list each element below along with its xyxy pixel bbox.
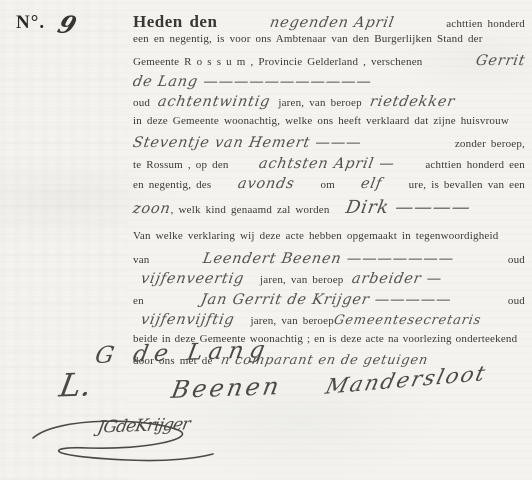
handwritten-age: achtentwintig	[157, 94, 272, 110]
act-line-4: de Lang ———————————	[133, 74, 525, 95]
printed-text: Van welke verklaring wij deze acte hebbe…	[133, 230, 498, 242]
handwritten-witness1-age: vijfenveertig	[140, 271, 246, 287]
printed-text: Heden den	[133, 12, 217, 32]
printed-text: te Rossum , op den	[133, 159, 229, 171]
printed-text: om	[321, 179, 335, 191]
handwritten-witness1-name: Leendert Beenen ———————	[202, 251, 456, 267]
act-line-5: oud achtentwintig jaren, van beroep riet…	[133, 94, 525, 115]
printed-text: zonder beroep,	[455, 138, 525, 150]
handwritten-hour: elf	[360, 176, 384, 192]
handwritten-child-sex: zoon	[132, 201, 172, 217]
signature-declarant: G de Lang	[96, 340, 270, 366]
act-line-13: vijfenveertig jaren, van beroep arbeider…	[133, 271, 525, 292]
handwritten-daypart: avonds	[236, 176, 295, 192]
act-line-2: een en negentig, is voor ons Ambtenaar v…	[133, 33, 525, 54]
act-line-9: en negentig, des avonds om elf ure, is b…	[133, 176, 525, 197]
printed-text: achttien honderd	[446, 18, 525, 30]
printed-text: een en negentig, is voor ons Ambtenaar v…	[133, 33, 483, 45]
printed-text: jaren, van beroep	[260, 274, 343, 286]
handwritten-witness1-occupation: arbeider —	[350, 271, 443, 287]
act-line-10: zoon , welk kind genaamd zal worden Dirk…	[133, 197, 525, 218]
handwritten-child-name: Dirk ————	[344, 197, 472, 218]
printed-text: van	[133, 254, 149, 266]
handwritten-declarant-firstname: Gerrit	[474, 53, 526, 69]
printed-text: ure, is bevallen van een	[409, 179, 525, 191]
birth-certificate-page: N°. 9 Heden den negenden April achttien …	[0, 0, 532, 480]
printed-text: en negentig, des	[133, 179, 211, 191]
handwritten-birthdate: achtsten April —	[258, 156, 396, 172]
act-line-1: Heden den negenden April achttien honder…	[133, 12, 525, 33]
printed-text: , welk kind genaamd zal worden	[171, 204, 330, 216]
handwritten-mother-name: Steventje van Hemert ———	[132, 135, 363, 151]
handwritten-witness2-name: Jan Gerrit de Krijger —————	[199, 292, 452, 308]
handwritten-declarant-surname: de Lang ———————————	[132, 74, 374, 90]
signature-witness2: JGdeKrijger	[98, 416, 189, 436]
act-line-6: in deze Gemeente woonachtig, welke ons h…	[133, 115, 525, 136]
signature-registrar: Mandersloot	[328, 368, 485, 392]
signature-witness1-name: Beenen	[172, 374, 281, 402]
printed-text: Gemeente R o s s u m , Provincie Gelderl…	[133, 56, 423, 68]
act-number: N°. 9	[16, 12, 76, 39]
printed-text: jaren, van beroep	[278, 97, 361, 109]
act-line-3: Gemeente R o s s u m , Provincie Gelderl…	[133, 53, 525, 74]
handwritten-witness2-age: vijfenvijftig	[140, 312, 236, 328]
printed-text: oud	[508, 254, 525, 266]
handwritten-witness2-occupation: Gemeentesecretaris	[333, 313, 483, 328]
act-line-12: van Leendert Beenen ——————— oud	[133, 251, 525, 272]
act-line-7: Steventje van Hemert ——— zonder beroep,	[133, 135, 525, 156]
act-line-15: vijfenvijftig jaren, van beroep Gemeente…	[133, 312, 525, 333]
paragraph-gap	[133, 217, 525, 230]
act-line-14: en Jan Gerrit de Krijger ————— oud	[133, 292, 525, 313]
printed-text: achttien honderd een	[425, 159, 525, 171]
printed-text: en	[133, 295, 144, 307]
printed-text: oud	[508, 295, 525, 307]
act-body: Heden den negenden April achttien honder…	[133, 12, 525, 374]
handwritten-date: negenden April	[268, 15, 395, 31]
act-line-11: Van welke verklaring wij deze acte hebbe…	[133, 230, 525, 251]
signature-witness1-initial: L.	[60, 366, 91, 404]
printed-text: in deze Gemeente woonachtig, welke ons h…	[133, 115, 509, 127]
act-line-8: te Rossum , op den achtsten April — acht…	[133, 156, 525, 177]
printed-text: oud	[133, 97, 150, 109]
handwritten-occupation: rietdekker	[368, 94, 456, 110]
printed-text: jaren, van beroep	[250, 315, 333, 327]
act-number-label: N°.	[16, 12, 45, 34]
